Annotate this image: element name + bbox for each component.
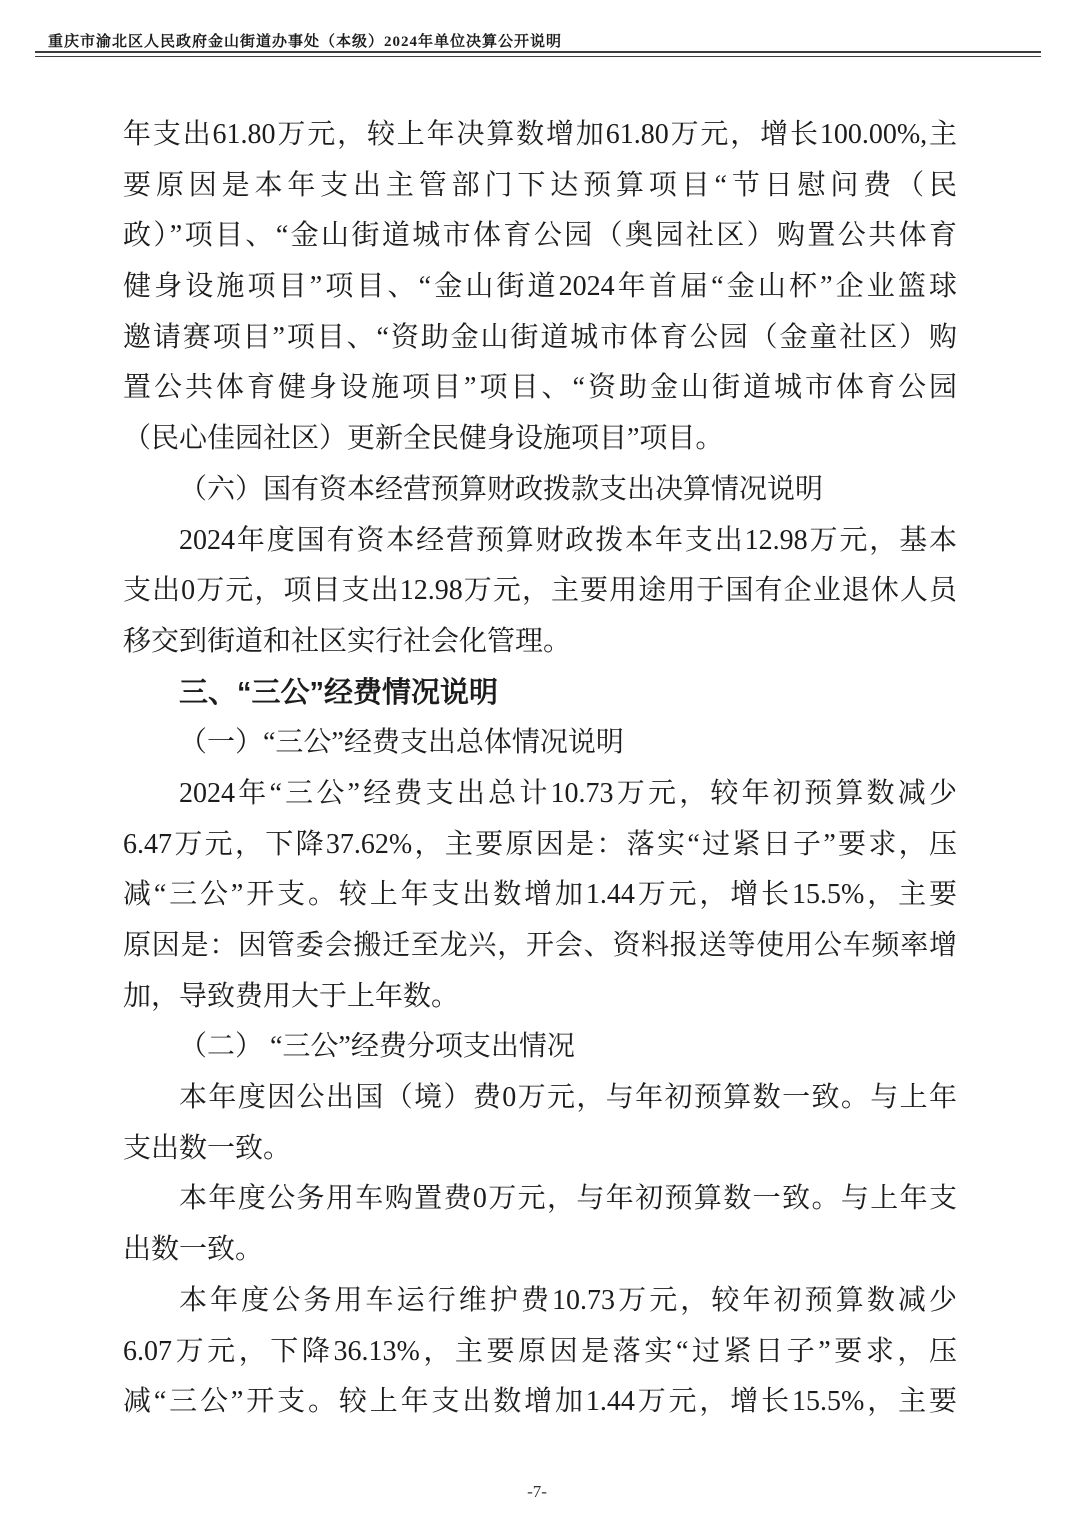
text-line: 政）”项目、“金山街道城市体育公园（奥园社区）购置公共体育: [123, 211, 957, 262]
text-line: 本年度公务用车购置费0万元，与年初预算数一致。与上年支: [123, 1174, 957, 1225]
text-line: 年支出61.80万元，较上年决算数增加61.80万元，增长100.00%,主: [123, 110, 957, 161]
section-heading: 三、“三公”经费情况说明: [123, 668, 957, 719]
text-line: 2024年度国有资本经营预算财政拨本年支出12.98万元，基本: [123, 516, 957, 567]
text-line: （六）国有资本经营预算财政拨款支出决算情况说明: [123, 465, 957, 516]
text-line: （民心佳园社区）更新全民健身设施项目”项目。: [123, 414, 957, 465]
header-divider: [35, 51, 1041, 57]
header-title: 重庆市渝北区人民政府金山街道办事处（本级）2024年单位决算公开说明: [48, 30, 562, 51]
text-line: 移交到街道和社区实行社会化管理。: [123, 617, 957, 668]
text-line: 支出0万元，项目支出12.98万元，主要用途用于国有企业退休人员: [123, 566, 957, 617]
text-line: 加，导致费用大于上年数。: [123, 972, 957, 1023]
text-line: 原因是：因管委会搬迁至龙兴，开会、资料报送等使用公车频率增: [123, 921, 957, 972]
text-line: 减“三公”开支。较上年支出数增加1.44万元，增长15.5%，主要: [123, 1377, 957, 1428]
page-number: -7-: [527, 1482, 547, 1501]
text-line: 要原因是本年支出主管部门下达预算项目“节日慰问费（民: [123, 161, 957, 212]
text-line: （一）“三公”经费支出总体情况说明: [123, 718, 957, 769]
text-line: （二） “三公”经费分项支出情况: [123, 1022, 957, 1073]
text-line: 6.47万元，下降37.62%，主要原因是：落实“过紧日子”要求，压: [123, 820, 957, 871]
text-line: 出数一致。: [123, 1225, 957, 1276]
text-line: 置公共体育健身设施项目”项目、“资助金山街道城市体育公园: [123, 363, 957, 414]
text-line: 6.07万元，下降36.13%，主要原因是落实“过紧日子”要求，压: [123, 1327, 957, 1378]
document-page: 重庆市渝北区人民政府金山街道办事处（本级）2024年单位决算公开说明 年支出61…: [0, 0, 1074, 1520]
text-line: 邀请赛项目”项目、“资助金山街道城市体育公园（金童社区）购: [123, 313, 957, 364]
text-line: 2024年“三公”经费支出总计10.73万元，较年初预算数减少: [123, 769, 957, 820]
page-footer: -7-: [0, 1482, 1074, 1502]
text-line: 支出数一致。: [123, 1124, 957, 1175]
document-body: 年支出61.80万元，较上年决算数增加61.80万元，增长100.00%,主要原…: [123, 110, 957, 1428]
text-line: 减“三公”开支。较上年支出数增加1.44万元，增长15.5%，主要: [123, 870, 957, 921]
text-line: 本年度因公出国（境）费0万元，与年初预算数一致。与上年: [123, 1073, 957, 1124]
text-line: 健身设施项目”项目、“金山街道2024年首届“金山杯”企业篮球: [123, 262, 957, 313]
text-line: 本年度公务用车运行维护费10.73万元，较年初预算数减少: [123, 1276, 957, 1327]
